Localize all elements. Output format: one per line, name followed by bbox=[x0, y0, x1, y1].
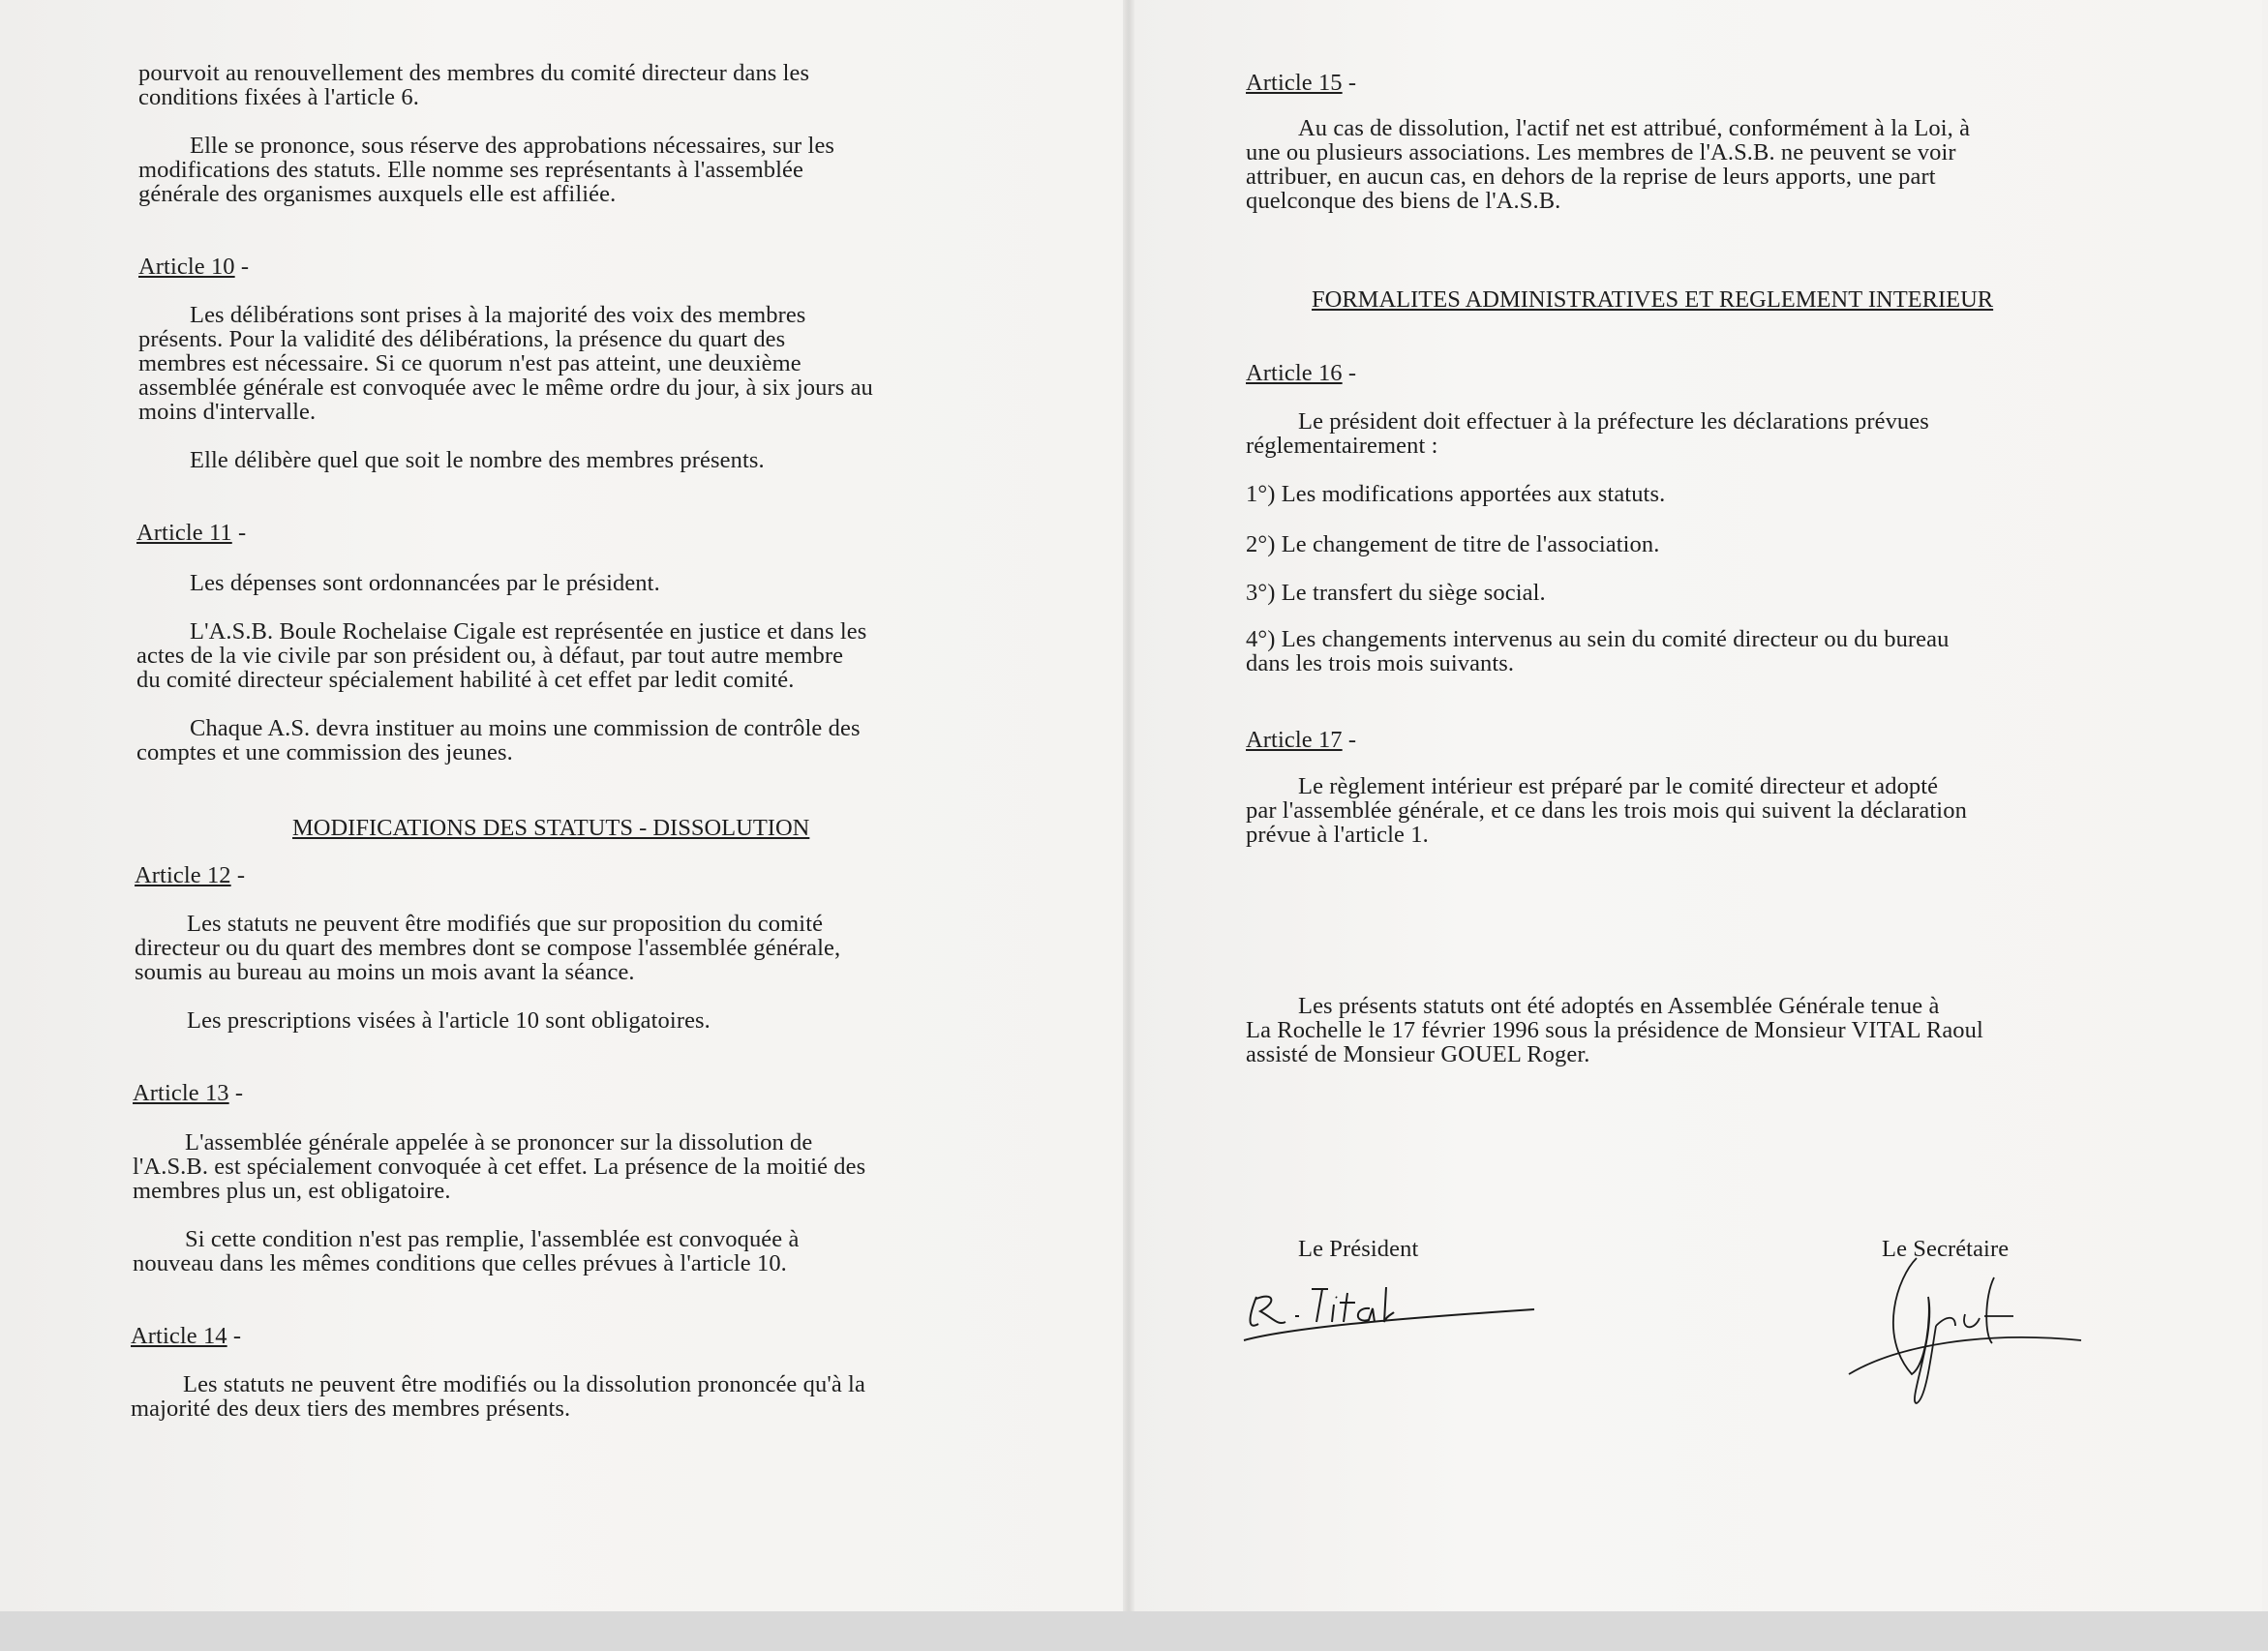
paragraph-line: Le président doit effectuer à la préfect… bbox=[1298, 409, 1929, 434]
paragraph-line: directeur ou du quart des membres dont s… bbox=[135, 936, 840, 960]
article-12-heading: Article 12 - bbox=[135, 863, 245, 887]
paragraph-line: majorité des deux tiers des membres prés… bbox=[131, 1396, 570, 1421]
paragraph-line: l'A.S.B. est spécialement convoquée à ce… bbox=[133, 1155, 865, 1179]
paragraph-line: présents. Pour la validité des délibérat… bbox=[138, 327, 785, 351]
paragraph-line: actes de la vie civile par son président… bbox=[136, 644, 843, 668]
paragraph-line: pourvoit au renouvellement des membres d… bbox=[138, 61, 809, 85]
paragraph-line: prévue à l'article 1. bbox=[1246, 823, 1429, 847]
paragraph-line: soumis au bureau au moins un mois avant … bbox=[135, 960, 635, 984]
paragraph-line: modifications des statuts. Elle nomme se… bbox=[138, 158, 803, 182]
paragraph-line: assisté de Monsieur GOUEL Roger. bbox=[1246, 1042, 1589, 1066]
paragraph-line: quelconque des biens de l'A.S.B. bbox=[1246, 189, 1560, 213]
paragraph-line: moins d'intervalle. bbox=[138, 400, 316, 424]
list-item: 2°) Le changement de titre de l'associat… bbox=[1246, 532, 1659, 556]
article-17-heading: Article 17 - bbox=[1246, 728, 1356, 752]
paragraph-line: générale des organismes auxquels elle es… bbox=[138, 182, 616, 206]
secretary-signature bbox=[1839, 1239, 2091, 1413]
article-10-heading: Article 10 - bbox=[138, 255, 249, 279]
president-label: Le Président bbox=[1298, 1237, 1418, 1261]
section-title-formalites: FORMALITES ADMINISTRATIVES ET REGLEMENT … bbox=[1312, 286, 1993, 314]
list-item: 1°) Les modifications apportées aux stat… bbox=[1246, 482, 1665, 506]
left-page bbox=[0, 0, 1128, 1611]
paragraph-line: Le règlement intérieur est préparé par l… bbox=[1298, 774, 1938, 798]
paragraph-line: Les présents statuts ont été adoptés en … bbox=[1298, 994, 1939, 1018]
list-item: 3°) Le transfert du siège social. bbox=[1246, 581, 1546, 605]
president-signature bbox=[1239, 1277, 1549, 1355]
paragraph-line: Elle délibère quel que soit le nombre de… bbox=[190, 448, 765, 472]
paragraph-line: assemblée générale est convoquée avec le… bbox=[138, 375, 873, 400]
paragraph-line: du comité directeur spécialement habilit… bbox=[136, 668, 794, 692]
paragraph-line: Les délibérations sont prises à la major… bbox=[190, 303, 805, 327]
section-title-modifications: MODIFICATIONS DES STATUTS - DISSOLUTION bbox=[292, 815, 809, 842]
paragraph-line: Les statuts ne peuvent être modifiés ou … bbox=[183, 1372, 865, 1396]
paragraph-line: Les prescriptions visées à l'article 10 … bbox=[187, 1008, 711, 1033]
paragraph-line: conditions fixées à l'article 6. bbox=[138, 85, 419, 109]
paragraph-line: attribuer, en aucun cas, en dehors de la… bbox=[1246, 165, 1936, 189]
list-item: dans les trois mois suivants. bbox=[1246, 651, 1514, 675]
article-11-heading: Article 11 - bbox=[136, 521, 246, 545]
paragraph-line: L'A.S.B. Boule Rochelaise Cigale est rep… bbox=[190, 619, 866, 644]
paragraph-line: Elle se prononce, sous réserve des appro… bbox=[190, 134, 834, 158]
paragraph-line: nouveau dans les mêmes conditions que ce… bbox=[133, 1251, 787, 1276]
paragraph-line: La Rochelle le 17 février 1996 sous la p… bbox=[1246, 1018, 1983, 1042]
list-item: 4°) Les changements intervenus au sein d… bbox=[1246, 627, 1949, 651]
paragraph-line: Au cas de dissolution, l'actif net est a… bbox=[1298, 116, 1970, 140]
page-fold bbox=[1123, 0, 1134, 1611]
paragraph-line: L'assemblée générale appelée à se pronon… bbox=[185, 1130, 812, 1155]
paragraph-line: une ou plusieurs associations. Les membr… bbox=[1246, 140, 1956, 165]
article-14-heading: Article 14 - bbox=[131, 1324, 241, 1348]
scan-background bbox=[0, 1611, 2268, 1651]
paragraph-line: comptes et une commission des jeunes. bbox=[136, 740, 513, 765]
article-16-heading: Article 16 - bbox=[1246, 361, 1356, 385]
article-15-heading: Article 15 - bbox=[1246, 71, 1356, 95]
paragraph-line: Les statuts ne peuvent être modifiés que… bbox=[187, 912, 823, 936]
paragraph-line: membres est nécessaire. Si ce quorum n'e… bbox=[138, 351, 801, 375]
paragraph-line: Chaque A.S. devra instituer au moins une… bbox=[190, 716, 861, 740]
article-13-heading: Article 13 - bbox=[133, 1081, 243, 1105]
paragraph-line: membres plus un, est obligatoire. bbox=[133, 1179, 451, 1203]
paragraph-line: réglementairement : bbox=[1246, 434, 1438, 458]
paragraph-line: Les dépenses sont ordonnancées par le pr… bbox=[190, 571, 660, 595]
paragraph-line: Si cette condition n'est pas remplie, l'… bbox=[185, 1227, 799, 1251]
paragraph-line: par l'assemblée générale, et ce dans les… bbox=[1246, 798, 1967, 823]
